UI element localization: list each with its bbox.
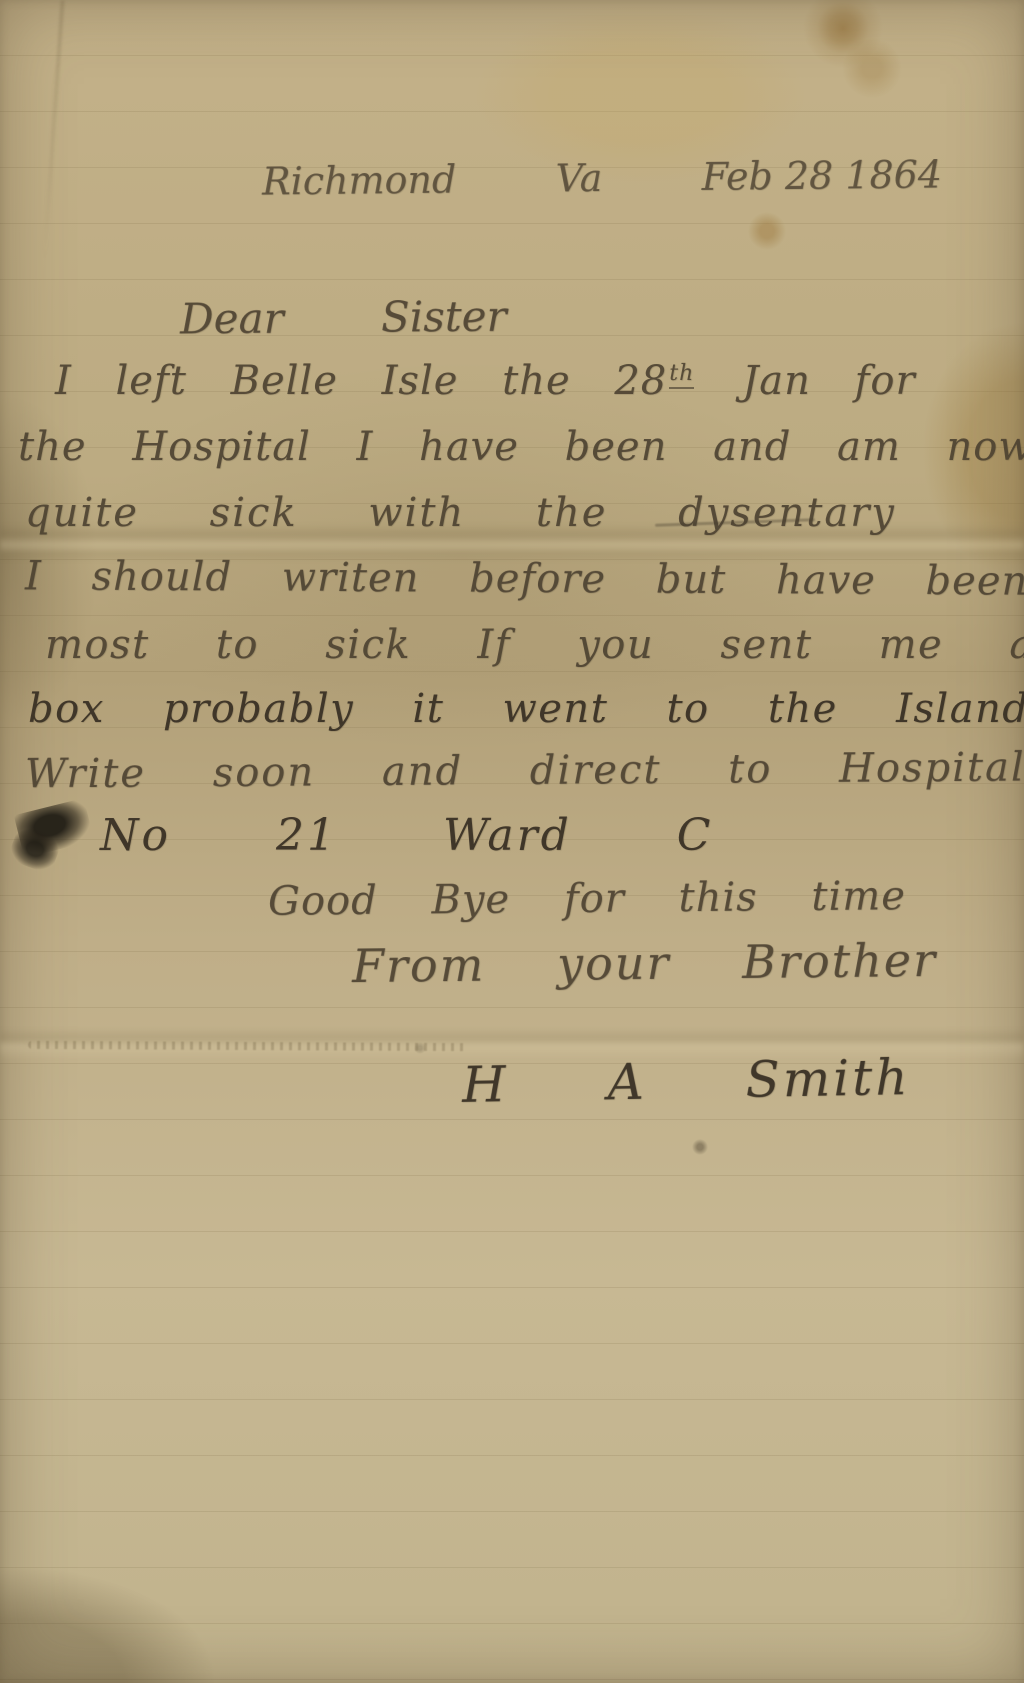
body-line-6: box probably it went to the Island (28, 686, 1024, 732)
struck-out-word-scribble (12, 806, 96, 866)
heading-state: Va (555, 156, 602, 200)
body-line-opening: I left Belle Isle the 28thJan for (55, 358, 916, 404)
body-line-7: Write soon and direct to Hospital (25, 745, 1024, 798)
ordinal-suffix: th (669, 361, 694, 389)
heading-city: Richmond (262, 158, 457, 204)
torn-edge-mark (28, 1041, 468, 1051)
closing-from: From your Brother (352, 933, 938, 993)
signature: H A Smith (462, 1048, 911, 1114)
scanned-letter-page: Richmond Va Feb 28 1864 Dear Sister I le… (0, 0, 1024, 1683)
body-line-4: I should writen before but have been (25, 553, 1024, 604)
body-line-8-address: No 21 Ward C (100, 810, 713, 861)
closing-farewell: Good Bye for this time (268, 873, 906, 925)
opening-pre: I left Belle Isle the 28 (55, 358, 667, 404)
heading-date: Feb 28 1864 (701, 152, 942, 199)
vertical-crease (43, 0, 64, 260)
body-line-5: most to sick If you sent me a (45, 622, 1024, 668)
opening-post: Jan for (742, 358, 915, 404)
letter-heading: Richmond Va Feb 28 1864 (262, 152, 942, 203)
body-line-3: quite sick with the dysentary (25, 490, 896, 536)
salutation: Dear Sister (180, 292, 507, 344)
body-line-2: the Hospital I have been and am now (18, 424, 1024, 470)
